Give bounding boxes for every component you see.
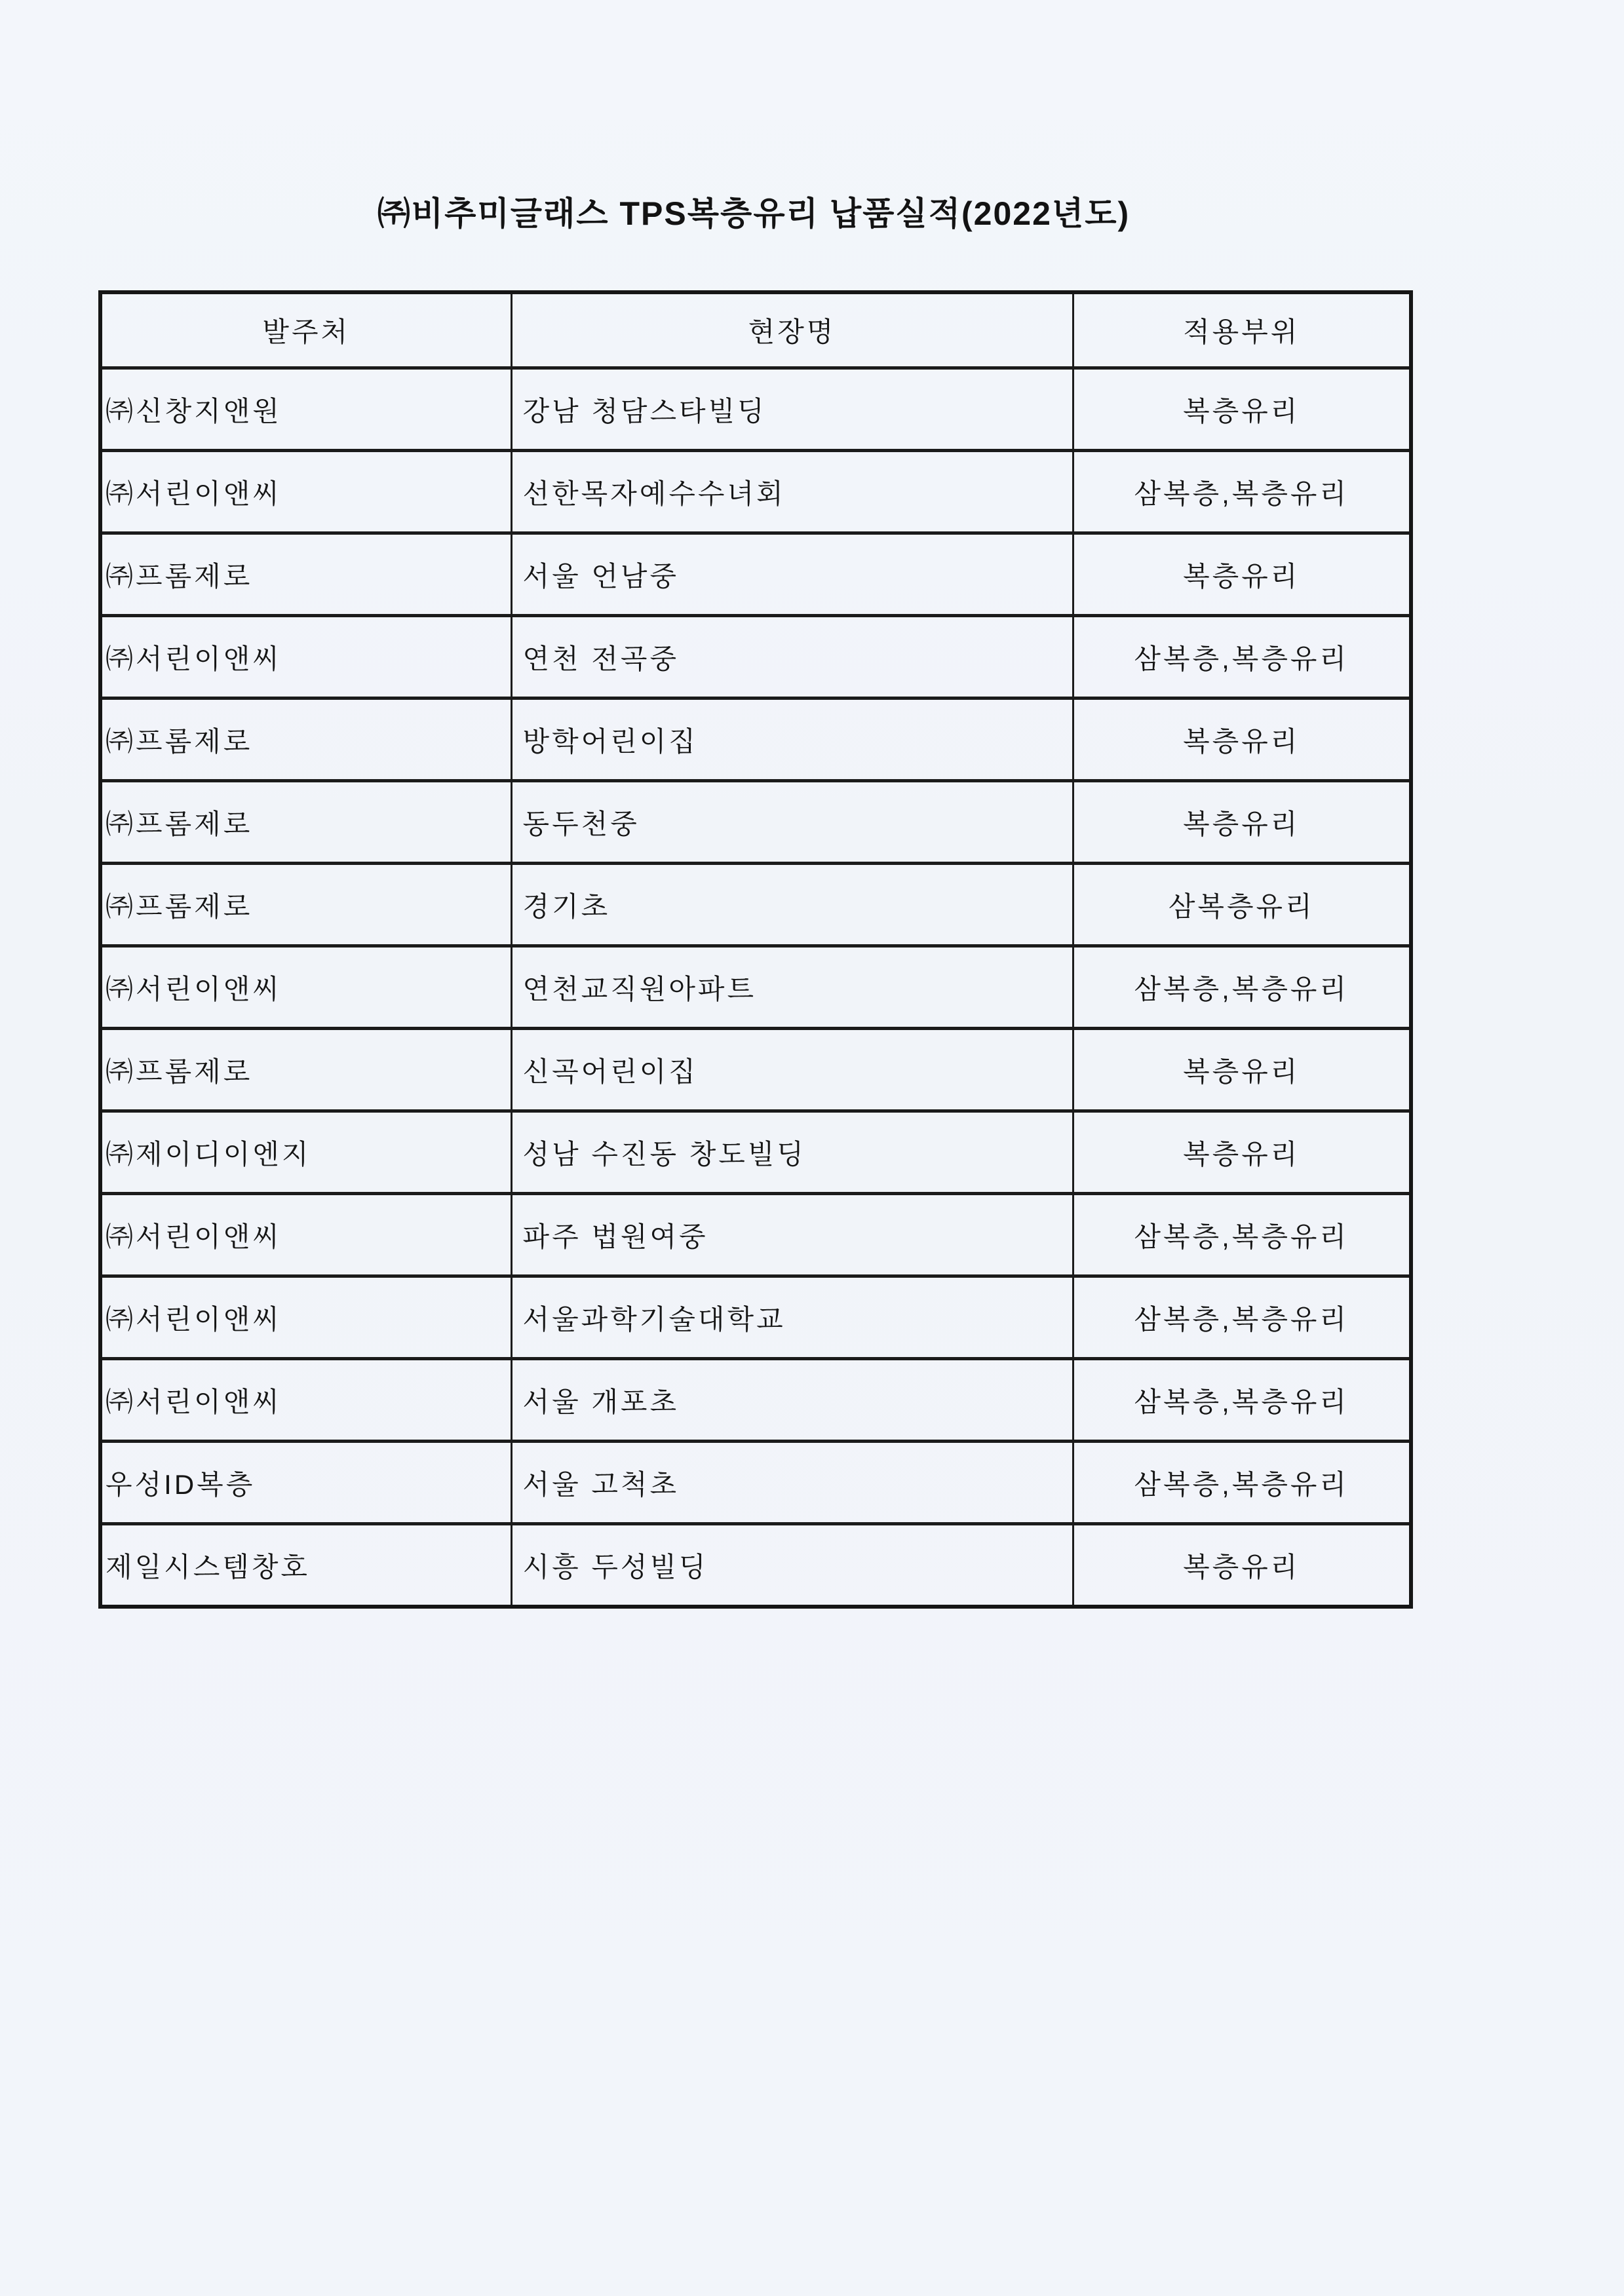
table-header-row: 발주처 현장명 적용부위 [100,292,1411,368]
cell-orderer: ㈜서린이앤씨 [100,946,511,1029]
cell-orderer: ㈜신창지앤원 [100,368,511,451]
table-row: ㈜프롬제로동두천중복층유리 [100,781,1411,864]
cell-application: 삼복층,복층유리 [1073,1276,1411,1359]
cell-orderer: ㈜프롬제로 [100,781,511,864]
cell-orderer: ㈜프롬제로 [100,864,511,946]
table-row: 우성ID복층서울 고척초삼복층,복층유리 [100,1442,1411,1524]
cell-application: 복층유리 [1073,368,1411,451]
cell-site: 신곡어린이집 [511,1029,1073,1111]
column-header-orderer: 발주처 [100,292,511,368]
table-row: ㈜서린이앤씨선한목자예수수녀회삼복층,복층유리 [100,451,1411,533]
cell-orderer: ㈜서린이앤씨 [100,451,511,533]
cell-site: 선한목자예수수녀회 [511,451,1073,533]
cell-orderer: ㈜프롬제로 [100,1029,511,1111]
delivery-record-table: 발주처 현장명 적용부위 ㈜신창지앤원강남 청담스타빌딩복층유리㈜서린이앤씨선한… [98,290,1413,1609]
cell-application: 삼복층,복층유리 [1073,451,1411,533]
table-row: ㈜프롬제로신곡어린이집복층유리 [100,1029,1411,1111]
cell-orderer: ㈜서린이앤씨 [100,616,511,698]
cell-application: 복층유리 [1073,1029,1411,1111]
table-row: ㈜프롬제로서울 언남중복층유리 [100,533,1411,616]
cell-orderer: ㈜프롬제로 [100,533,511,616]
table-row: ㈜서린이앤씨서울과학기술대학교삼복층,복층유리 [100,1276,1411,1359]
table-row: ㈜서린이앤씨파주 법원여중삼복층,복층유리 [100,1194,1411,1276]
cell-site: 연천교직원아파트 [511,946,1073,1029]
cell-orderer: 제일시스템창호 [100,1524,511,1607]
cell-orderer: ㈜서린이앤씨 [100,1359,511,1442]
cell-application: 삼복층,복층유리 [1073,616,1411,698]
cell-application: 삼복층유리 [1073,864,1411,946]
cell-orderer: ㈜서린이앤씨 [100,1276,511,1359]
table-row: ㈜신창지앤원강남 청담스타빌딩복층유리 [100,368,1411,451]
cell-orderer: 우성ID복층 [100,1442,511,1524]
cell-site: 서울 고척초 [511,1442,1073,1524]
cell-application: 복층유리 [1073,533,1411,616]
cell-orderer: ㈜제이디이엔지 [100,1111,511,1194]
cell-application: 복층유리 [1073,1524,1411,1607]
table-row: ㈜서린이앤씨연천 전곡중삼복층,복층유리 [100,616,1411,698]
table-row: ㈜프롬제로경기초삼복층유리 [100,864,1411,946]
cell-application: 삼복층,복층유리 [1073,1442,1411,1524]
cell-site: 방학어린이집 [511,698,1073,781]
table-row: ㈜제이디이엔지성남 수진동 창도빌딩복층유리 [100,1111,1411,1194]
cell-site: 연천 전곡중 [511,616,1073,698]
column-header-application: 적용부위 [1073,292,1411,368]
cell-site: 파주 법원여중 [511,1194,1073,1276]
table-body: ㈜신창지앤원강남 청담스타빌딩복층유리㈜서린이앤씨선한목자예수수녀회삼복층,복층… [100,368,1411,1607]
cell-site: 시흥 두성빌딩 [511,1524,1073,1607]
cell-site: 서울과학기술대학교 [511,1276,1073,1359]
table-row: 제일시스템창호시흥 두성빌딩복층유리 [100,1524,1411,1607]
cell-orderer: ㈜서린이앤씨 [100,1194,511,1276]
cell-site: 강남 청담스타빌딩 [511,368,1073,451]
cell-application: 삼복층,복층유리 [1073,1194,1411,1276]
document-title: ㈜비추미글래스 TPS복층유리 납품실적(2022년도) [98,187,1409,235]
cell-site: 성남 수진동 창도빌딩 [511,1111,1073,1194]
cell-site: 서울 언남중 [511,533,1073,616]
column-header-site: 현장명 [511,292,1073,368]
cell-site: 경기초 [511,864,1073,946]
cell-orderer: ㈜프롬제로 [100,698,511,781]
cell-application: 삼복층,복층유리 [1073,1359,1411,1442]
table-row: ㈜프롬제로방학어린이집복층유리 [100,698,1411,781]
cell-application: 복층유리 [1073,781,1411,864]
cell-site: 서울 개포초 [511,1359,1073,1442]
cell-application: 복층유리 [1073,698,1411,781]
cell-application: 복층유리 [1073,1111,1411,1194]
cell-application: 삼복층,복층유리 [1073,946,1411,1029]
cell-site: 동두천중 [511,781,1073,864]
table-row: ㈜서린이앤씨서울 개포초삼복층,복층유리 [100,1359,1411,1442]
table-row: ㈜서린이앤씨연천교직원아파트삼복층,복층유리 [100,946,1411,1029]
